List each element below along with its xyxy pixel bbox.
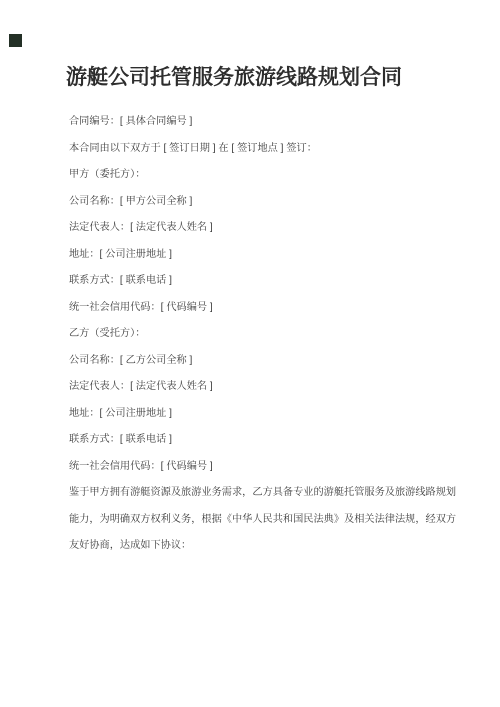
party-b-heading: 乙方（受托方）： [69, 321, 459, 348]
preamble-line-1: 鉴于甲方拥有游艇资源及旅游业务需求，乙方具备专业的游艇托管服务及旅游线路规划 [69, 480, 459, 507]
signing-statement-line: 本合同由以下双方于 [ 签订日期 ] 在 [ 签订地点 ] 签订： [69, 136, 459, 163]
party-a-address-line: 地址：[ 公司注册地址 ] [69, 242, 459, 269]
preamble-line-3: 友好协商，达成如下协议： [69, 533, 459, 560]
document-body: 合同编号：[ 具体合同编号 ] 本合同由以下双方于 [ 签订日期 ] 在 [ 签… [69, 109, 459, 560]
party-a-legal-rep-line: 法定代表人：[ 法定代表人姓名 ] [69, 215, 459, 242]
party-b-legal-rep-line: 法定代表人：[ 法定代表人姓名 ] [69, 374, 459, 401]
corner-marker [9, 34, 22, 47]
document-page: 游艇公司托管服务旅游线路规划合同 合同编号：[ 具体合同编号 ] 本合同由以下双… [0, 0, 500, 707]
party-a-credit-code-line: 统一社会信用代码：[ 代码编号 ] [69, 295, 459, 322]
party-b-company-name-line: 公司名称：[ 乙方公司全称 ] [69, 348, 459, 375]
party-b-contact-line: 联系方式：[ 联系电话 ] [69, 427, 459, 454]
party-a-heading: 甲方（委托方）： [69, 162, 459, 189]
party-b-address-line: 地址：[ 公司注册地址 ] [69, 401, 459, 428]
party-a-company-name-line: 公司名称：[ 甲方公司全称 ] [69, 189, 459, 216]
party-b-credit-code-line: 统一社会信用代码：[ 代码编号 ] [69, 454, 459, 481]
contract-number-line: 合同编号：[ 具体合同编号 ] [69, 109, 459, 136]
document-title: 游艇公司托管服务旅游线路规划合同 [66, 64, 402, 92]
party-a-contact-line: 联系方式：[ 联系电话 ] [69, 268, 459, 295]
preamble-line-2: 能力，为明确双方权利义务，根据《中华人民共和国民法典》及相关法律法规，经双方 [69, 507, 459, 534]
